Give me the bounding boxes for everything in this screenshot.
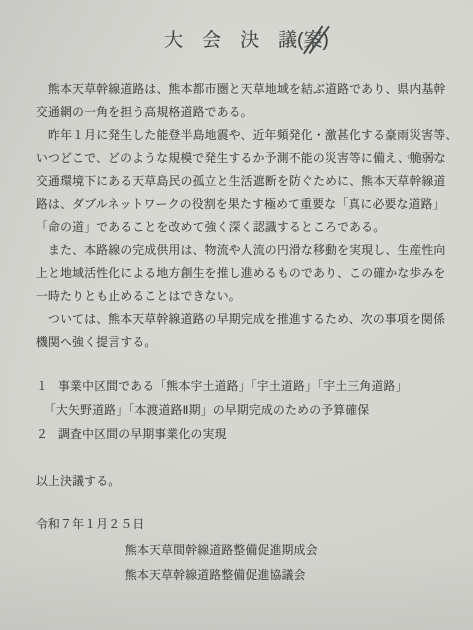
demand-number: ２ (36, 422, 58, 446)
text-line: 事業中区間である「熊本宇土道路」「宇土道路」「宇土三角道路」 (58, 374, 408, 398)
paragraph-1: 熊本天草幹線道路は、熊本都市圏と天草地域を結ぶ道路であり、県内基幹 交通網の一角… (36, 78, 473, 124)
text-line: 交通環境下にある天草島民の孤立と生活遮断を防ぐために、熊本天草幹線道 (36, 170, 473, 193)
text-line: 調査中区間の早期事業化の実現 (58, 422, 227, 446)
text-line: また、本路線の完成供用は、物流や人流の円滑な移動を実現し、生産性向 (36, 239, 473, 262)
date-line: 令和７年１月２５日 (36, 513, 473, 536)
text-line: 「大矢野道路」「本渡道路Ⅱ期」の早期完成のための予算確保 (44, 398, 408, 422)
closing-statement: 以上決議する。 (36, 470, 473, 493)
paragraph-3: また、本路線の完成供用は、物流や人流の円滑な移動を実現し、生産性向 上と地域活性… (36, 239, 473, 308)
text-line: 「命の道」であることを改めて強く深く認識するところである。 (36, 216, 473, 239)
title-text: 大 会 決 議 (164, 30, 297, 51)
title-draft-label: (案) (297, 28, 329, 54)
text-line: 交通網の一角を担う高規格道路である。 (36, 101, 473, 124)
text-line: 機関へ強く提言する。 (36, 331, 473, 354)
demand-item-1: １ 事業中区間である「熊本宇土道路」「宇土道路」「宇土三角道路」 「大矢野道路」… (36, 374, 473, 422)
signatory-organization: 熊本天草幹線道路整備促進協議会 (125, 563, 473, 588)
text-line: 昨年１月に発生した能登半島地震や、近年頻発化・激甚化する豪雨災害等、 (36, 124, 473, 147)
text-line: 熊本天草幹線道路は、熊本都市圏と天草地域を結ぶ道路であり、県内基幹 (36, 78, 473, 101)
signatory-organization: 熊本天草間幹線道路整備促進期成会 (125, 538, 473, 563)
demand-number: １ (36, 374, 58, 398)
demand-item-2: ２ 調査中区間の早期事業化の実現 (36, 422, 473, 446)
text-line: ついては、熊本天草幹線道路の早期完成を推進するため、次の事項を関係 (36, 308, 473, 331)
signatory-list: 熊本天草間幹線道路整備促進期成会 熊本天草幹線道路整備促進協議会 (36, 538, 473, 588)
document-body: 熊本天草幹線道路は、熊本都市圏と天草地域を結ぶ道路であり、県内基幹 交通網の一角… (0, 78, 473, 588)
demand-text: 調査中区間の早期事業化の実現 (58, 422, 227, 446)
text-line: 上と地域活性化による地方創生を推し進めるものであり、この確かな歩みを (36, 262, 473, 285)
document-photo: 大 会 決 議(案) 熊本天草幹線道路は、熊本都市圏と天草地域を結ぶ道路であり、… (0, 0, 473, 630)
resolution-title: 大 会 決 議(案) (10, 28, 473, 54)
ruby-base: 脆弱ぜいじゃく (410, 151, 434, 165)
draft-text: (案) (297, 30, 329, 51)
paragraph-2: 昨年１月に発生した能登半島地震や、近年頻発化・激甚化する豪雨災害等、 いつどこで… (36, 124, 473, 239)
text-line: いつどこで、どのような規模で発生するか予測不能の災害等に備え、脆弱ぜいじゃくな (36, 147, 473, 170)
resolution-sheet: 大 会 決 議(案) 熊本天草幹線道路は、熊本都市圏と天草地域を結ぶ道路であり、… (0, 0, 473, 588)
demand-text: 事業中区間である「熊本宇土道路」「宇土道路」「宇土三角道路」 「大矢野道路」「本… (58, 374, 408, 422)
text-line: 路は、ダブルネットワークの役割を果たす極めて重要な「真に必要な道路」 (36, 193, 473, 216)
paragraph-4: ついては、熊本天草幹線道路の早期完成を推進するため、次の事項を関係 機関へ強く提… (36, 308, 473, 354)
text-line: 一時たりとも止めることはできない。 (36, 285, 473, 308)
text-segment: いつどこで、どのような規模で発生するか予測不能の災害等に備え、 (36, 151, 410, 165)
furigana-annotation: ぜいじゃく (407, 146, 438, 169)
demand-list: １ 事業中区間である「熊本宇土道路」「宇土道路」「宇土三角道路」 「大矢野道路」… (36, 374, 473, 446)
